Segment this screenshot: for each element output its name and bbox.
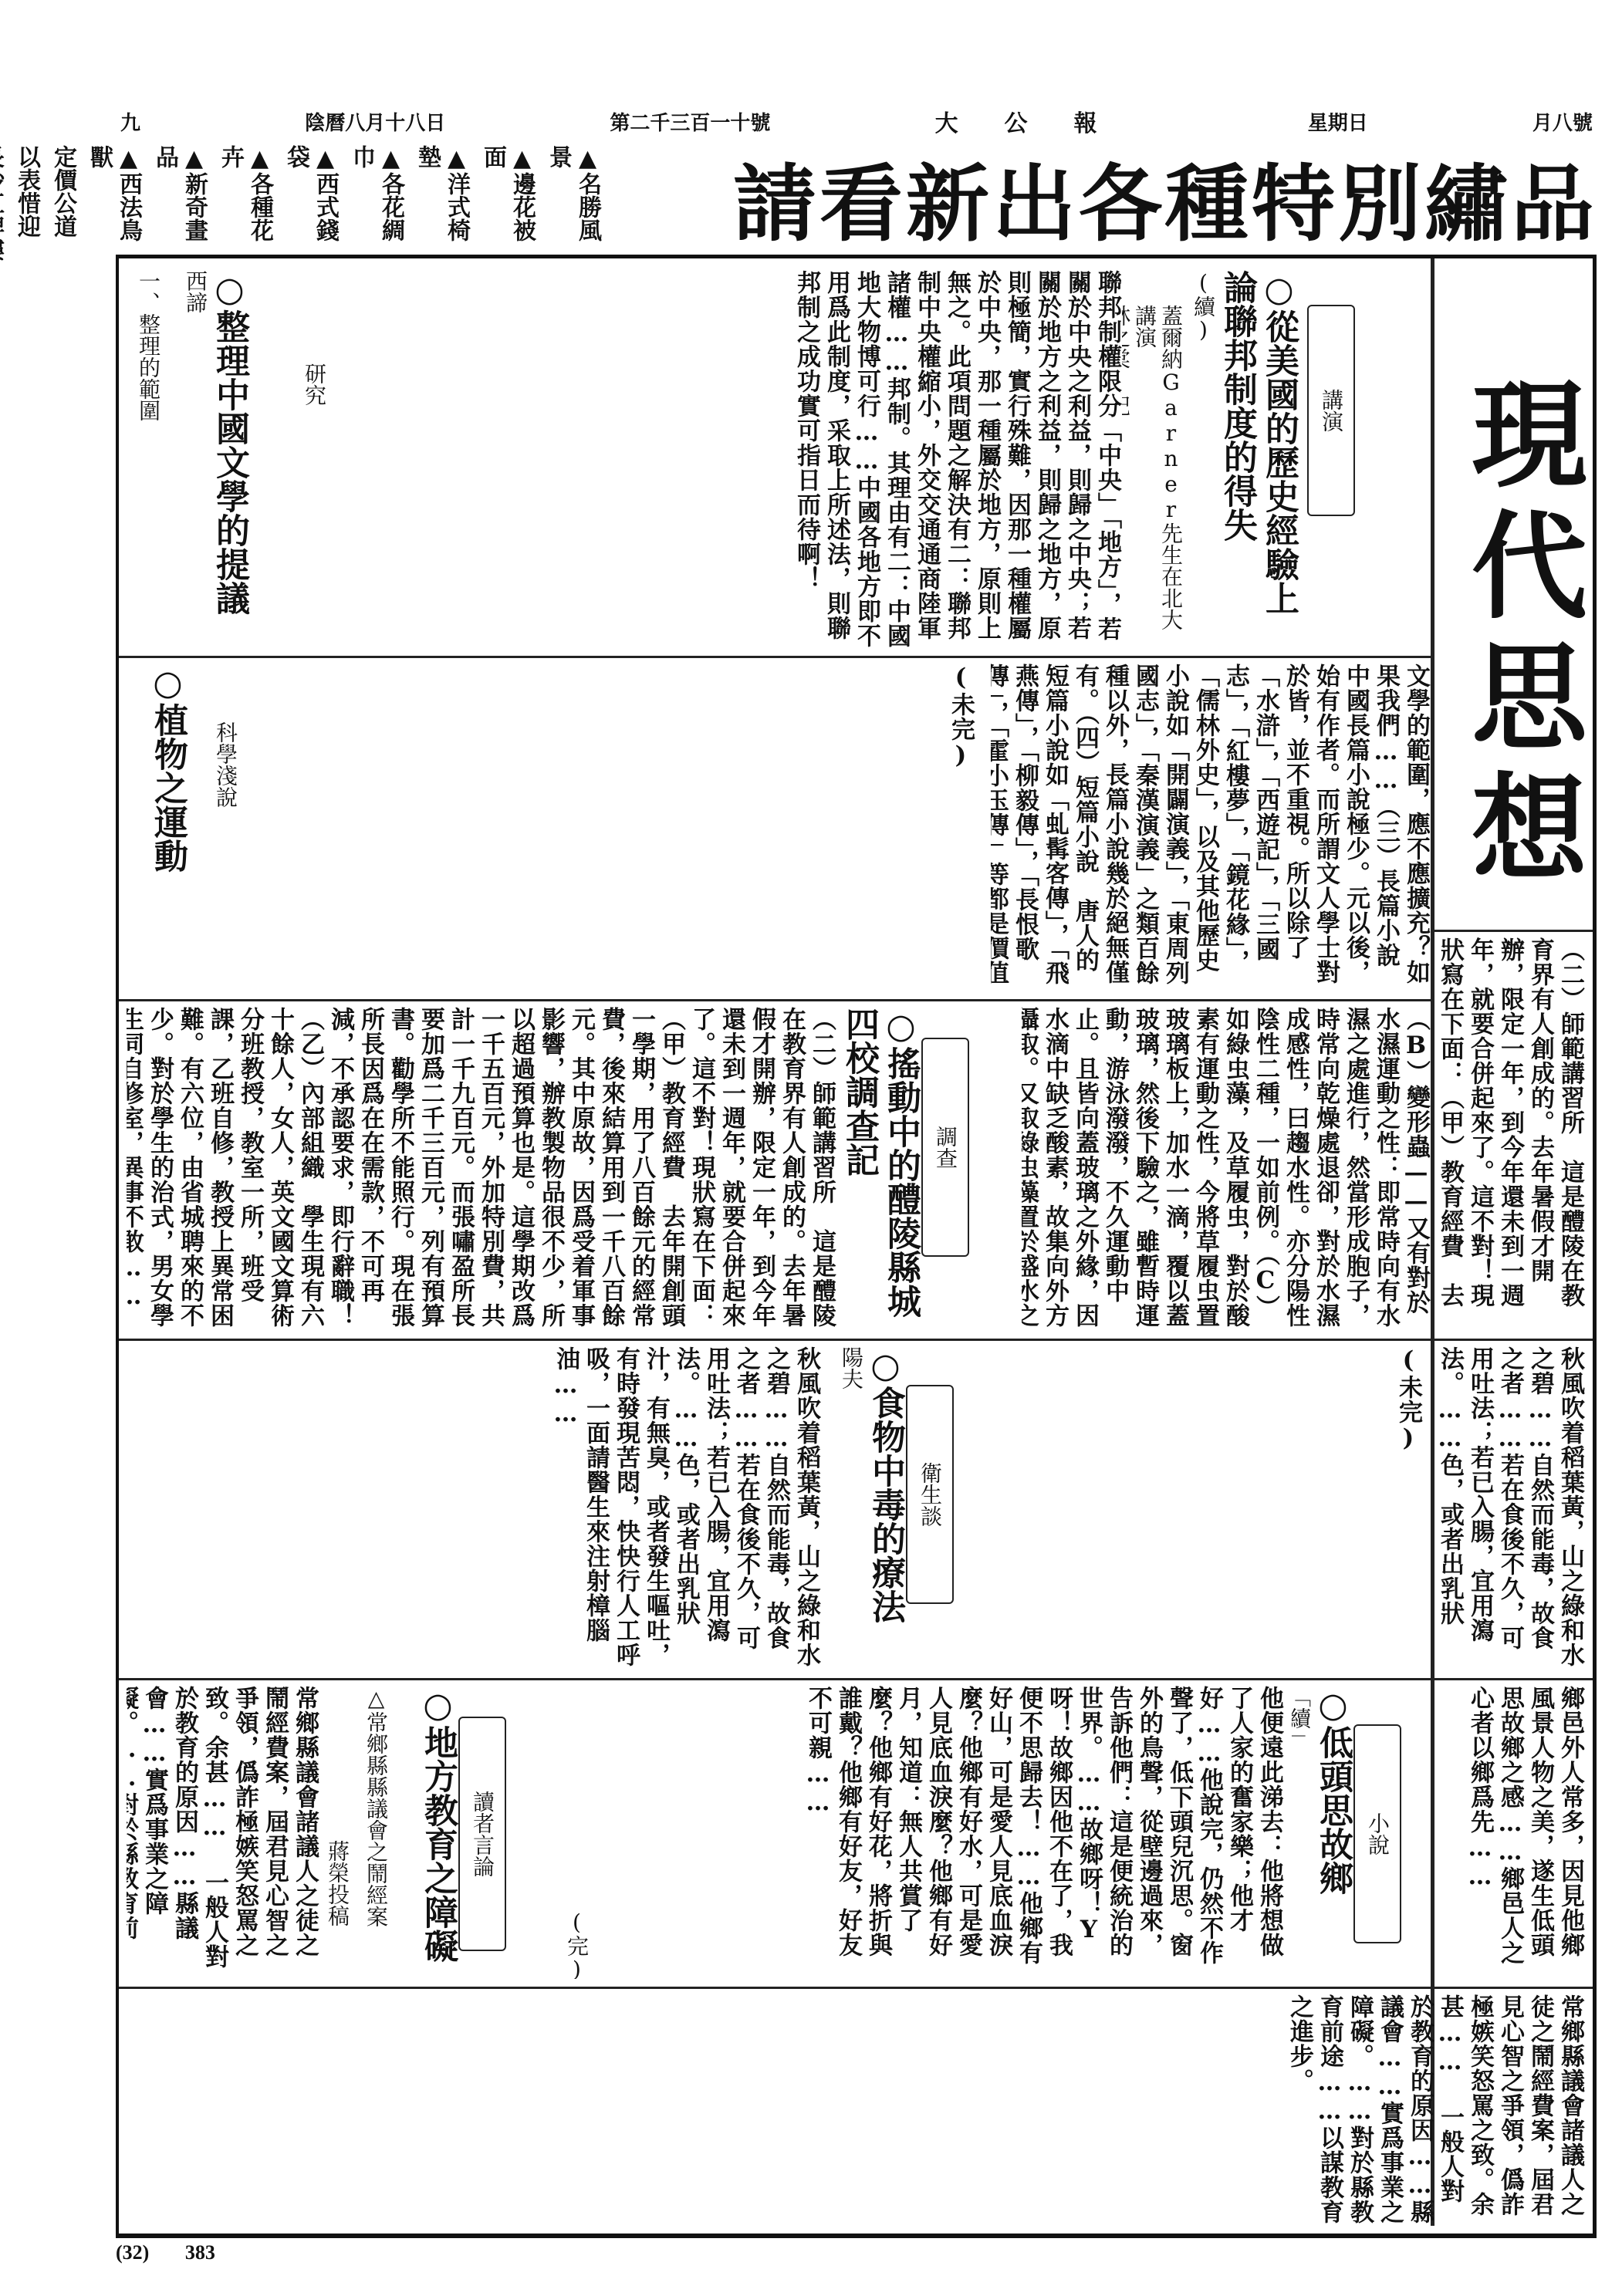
article-byline: 蔣榮投稿: [324, 1840, 350, 1979]
category-label: 調查: [930, 1126, 961, 1169]
masthead-page-number: 九: [116, 107, 145, 136]
article-research-subhead: 一、整理的範圍: [123, 270, 161, 648]
article-health-body: 秋風吹着稻葉黃，山之綠和水之碧……自然而能毒，故食之者……若在食後不久，可用吐法…: [127, 1346, 821, 1670]
article-continued: 「續」: [1292, 1686, 1312, 1979]
row-divider: [1431, 1339, 1593, 1341]
article-research-body: 文學的範圍，應不應擴充？如果我們……（三）長篇小說 中國長篇小說極少。元以後，始…: [991, 663, 1431, 991]
article-title: ○食物中毒的療法: [864, 1346, 906, 1670]
ad-item: ▲洋式椅墊: [412, 145, 471, 261]
category-box-fiction: 小說: [1353, 1724, 1401, 1943]
category-label: 研究: [301, 270, 327, 648]
article-plant-category: 科學淺說: [192, 721, 238, 984]
section-title-column: 現代思想: [1446, 274, 1585, 914]
article-lecture-body: 聯邦制權限分「中央」「地方」，若關於中央之利益，則歸之中央；若關於地方之利益，則…: [335, 270, 1122, 648]
row-divider: [119, 999, 1431, 1001]
bottom-row-text: 常鄉縣議會諸議人之徒之鬧經費案，屆君見心智之爭領，僞詐極嫉笑怒罵之致。余甚…… …: [127, 1994, 1585, 2226]
section-title: 現代思想: [1454, 374, 1585, 899]
article-title: ○整理中國文學的提議: [208, 270, 250, 648]
article-subhead: 一、整理的範圍: [135, 270, 161, 648]
category-box-health: 衛生談: [906, 1385, 954, 1604]
column-continuation: （二）師範講習所 這是醴陵在教育界有人創成的。去年暑假才開辦，限定一年，到今年還…: [1438, 937, 1585, 1331]
article-plant-body: （B）變形蟲——又有對於水濕運動之性：即常時向有水濕之處進行，然當形成胞子，時常…: [1022, 1007, 1431, 1331]
ad-item: ▲各種花卉: [215, 145, 274, 261]
category-box-survey: 調查: [921, 1038, 969, 1257]
footer-volume-index: (32): [116, 2241, 149, 2264]
article-survey-heading: ○搖動中的醴陵縣城四校調查記 我聞: [844, 1007, 921, 1331]
article-survey-body: （二）師範講習所 這是醴陵在教育界有人創成的。去年暑假才開辦，限定一年，到今年還…: [127, 1007, 836, 1331]
ad-item: ▲新奇畫品: [150, 145, 208, 261]
category-label: 科學淺說: [212, 721, 238, 984]
advertisement-band: 請看新出各種特別繡品 ▲名勝風景 ▲邊花被面 ▲洋式椅墊 ▲各花綢巾 ▲西式錢袋…: [116, 139, 1597, 255]
category-label: 衛生談: [914, 1462, 945, 1527]
article-title: ○從美國的歷史經驗上論聯邦制度的得失: [1216, 270, 1299, 648]
article-lecture-byline: 蓋爾納Garner先生在北大講演 林之棠 記: [1122, 305, 1184, 644]
ad-item-list: ▲名勝風景 ▲邊花被面 ▲洋式椅墊 ▲各花綢巾 ▲西式錢袋 ▲各種花卉 ▲新奇畫…: [116, 145, 602, 261]
article-survey-body-continued: (未完): [1022, 1346, 1423, 1670]
category-box-reader-opinion: 讀者言論: [458, 1717, 506, 1951]
ad-item: ▲邊花被面: [478, 145, 536, 261]
article-reader-heading: ○地方教育之障礙: [389, 1686, 458, 1979]
masthead-date-western: 月八號: [1528, 107, 1597, 136]
masthead-date-lunar: 陰曆八月十八日: [300, 107, 450, 136]
ad-item: ▲西式錢袋: [281, 145, 340, 261]
category-label: 講演: [1316, 389, 1347, 432]
article-end-note: (未完): [947, 663, 975, 770]
article-title: ○搖動中的醴陵縣城四校調查記: [844, 1007, 921, 1331]
footer-page-index: 383: [185, 2241, 215, 2264]
masthead-paper-name: 大公報: [931, 104, 1148, 138]
content-frame: 現代思想 講演 ○從美國的歷史經驗上論聯邦制度的得失 (續) 蓋爾納Garner…: [116, 255, 1597, 2238]
article-health-heading: ○食物中毒的療法 陽夫: [829, 1346, 906, 1670]
article-fiction-heading: ○低頭思故鄉 「續」 澤梁: [1292, 1686, 1353, 1979]
masthead-issue-number: 第二千三百一十號: [605, 107, 775, 136]
category-label: 小說: [1362, 1812, 1393, 1855]
article-research-body-continued: (未完): [250, 663, 975, 991]
ad-item: ▲西法鳥獸: [84, 145, 143, 261]
article-subhead: △常鄉縣縣議會之鬧經案: [363, 1686, 389, 1979]
ad-headline-text: 請看新出各種特別繡品: [733, 137, 1597, 257]
article-title: ○低頭思故鄉: [1312, 1686, 1353, 1979]
ad-item: ▲名勝風景: [543, 145, 602, 261]
category-research: 研究: [250, 270, 327, 648]
article-title: ○地方教育之障礙: [417, 1686, 458, 1979]
ad-item: ▲各花綢巾: [346, 145, 405, 261]
row-divider: [119, 656, 1431, 658]
row-divider: [119, 1678, 1593, 1680]
masthead: 月八號 星期日 大公報 第二千三百一十號 陰曆八月十八日 九: [116, 108, 1597, 134]
article-lecture-heading: ○從美國的歷史經驗上論聯邦制度的得失 (續): [1184, 270, 1299, 648]
article-byline: 西諦: [182, 270, 208, 648]
article-byline: 蓋爾納Garner先生在北大講演: [1131, 305, 1184, 644]
category-label: 讀者言論: [467, 1791, 498, 1877]
article-continued: (續): [1190, 270, 1216, 648]
ad-item: 長沙紅牌樓: [0, 145, 5, 261]
article-research-heading: ○整理中國文學的提議 西諦: [165, 270, 250, 648]
article-fiction-end: (完): [520, 1686, 590, 1979]
article-reader-byline: 蔣榮投稿: [319, 1840, 350, 1979]
ad-item: 以表惜迎: [12, 145, 41, 261]
row-divider: [1431, 930, 1593, 932]
category-box-lecture: 講演: [1307, 305, 1355, 516]
article-recorder: 林之棠 記: [1122, 305, 1131, 644]
row-divider: [119, 1987, 1593, 1989]
column-continuation-2: 秋風吹着稻葉黃，山之綠和水之碧……自然而能毒，故食之者……若在食後不久，可用吐法…: [1438, 1346, 1585, 1670]
article-byline: 陽夫: [838, 1346, 864, 1670]
article-reader-subhead: △常鄉縣縣議會之鬧經案: [350, 1686, 389, 1979]
article-fiction-intro: 鄉邑外人常多，因見他鄉風景人物之美，遂生低頭思故鄉之感……鄉邑人之心者以鄉爲先……: [1400, 1686, 1585, 1979]
page-footer: (32) 383: [116, 2241, 246, 2264]
ad-headline: 請看新出各種特別繡品: [602, 139, 1597, 255]
article-plant-heading: ○植物之運動: [134, 663, 188, 991]
ad-item: 定價公道: [48, 145, 77, 261]
article-fiction-body: 他便遠此涕去：他將想做了人家的奮家樂；他才好……他說完，仍然不作聲了，低下頭兒沉…: [597, 1686, 1284, 1979]
article-reader-body: 常鄉縣議會諸議人之徒之鬧經費案，屆君見心智之爭領，僞詐極嫉笑怒罵之致。余甚…… …: [127, 1686, 319, 1979]
article-title: ○植物之運動: [147, 663, 188, 991]
article-end-note: (未完): [1394, 1346, 1422, 1453]
masthead-weekday: 星期日: [1303, 107, 1373, 136]
article-end-note: (完): [563, 1686, 590, 1979]
newspaper-page: 月八號 星期日 大公報 第二千三百一十號 陰曆八月十八日 九 請看新出各種特別繡…: [116, 108, 1597, 2237]
row-divider: [119, 1339, 1431, 1341]
